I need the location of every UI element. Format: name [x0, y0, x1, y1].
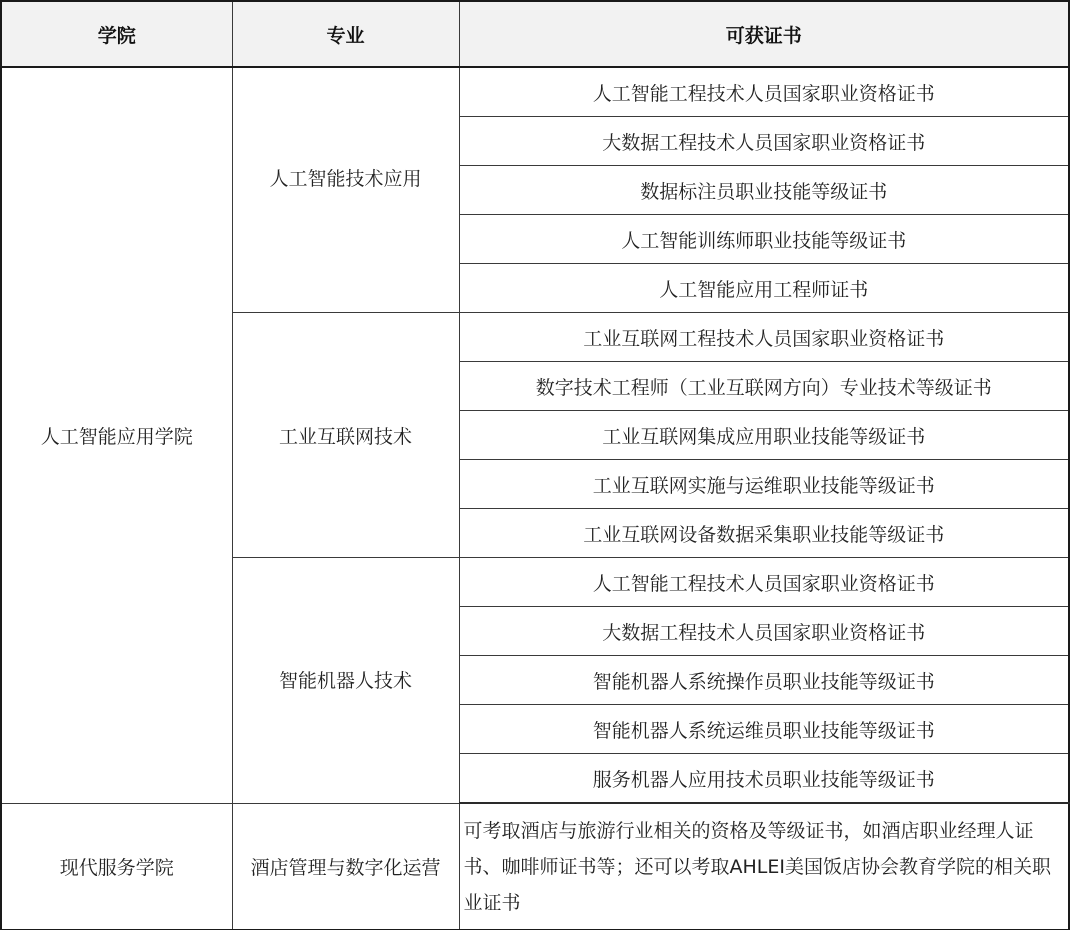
certificate-cell: 数字技术工程师（工业互联网方向）专业技术等级证书	[459, 362, 1069, 411]
major-cell: 工业互联网技术	[232, 313, 459, 558]
major-cell: 酒店管理与数字化运营	[232, 803, 459, 930]
certificate-cell: 人工智能工程技术人员国家职业资格证书	[459, 67, 1069, 117]
certificate-cell: 大数据工程技术人员国家职业资格证书	[459, 117, 1069, 166]
table-row: 现代服务学院 酒店管理与数字化运营 可考取酒店与旅游行业相关的资格及等级证书，如…	[1, 803, 1069, 930]
header-major: 专业	[232, 1, 459, 67]
header-college: 学院	[1, 1, 232, 67]
certificate-cell: 智能机器人系统操作员职业技能等级证书	[459, 656, 1069, 705]
certificate-cell: 智能机器人系统运维员职业技能等级证书	[459, 705, 1069, 754]
certificate-table: 学院 专业 可获证书 人工智能应用学院 人工智能技术应用 人工智能工程技术人员国…	[0, 0, 1070, 930]
certificate-cell: 工业互联网集成应用职业技能等级证书	[459, 411, 1069, 460]
college-cell: 现代服务学院	[1, 803, 232, 930]
major-cell: 人工智能技术应用	[232, 67, 459, 313]
certificate-cell: 大数据工程技术人员国家职业资格证书	[459, 607, 1069, 656]
certificate-description-cell: 可考取酒店与旅游行业相关的资格及等级证书，如酒店职业经理人证书、咖啡师证书等；还…	[459, 803, 1069, 930]
table-row: 人工智能应用学院 人工智能技术应用 人工智能工程技术人员国家职业资格证书	[1, 67, 1069, 117]
college-cell: 人工智能应用学院	[1, 67, 232, 803]
header-row: 学院 专业 可获证书	[1, 1, 1069, 67]
certificate-cell: 工业互联网实施与运维职业技能等级证书	[459, 460, 1069, 509]
certificate-cell: 数据标注员职业技能等级证书	[459, 166, 1069, 215]
header-certificates: 可获证书	[459, 1, 1069, 67]
certificate-cell: 人工智能工程技术人员国家职业资格证书	[459, 558, 1069, 607]
certificate-cell: 人工智能训练师职业技能等级证书	[459, 215, 1069, 264]
certificate-cell: 服务机器人应用技术员职业技能等级证书	[459, 754, 1069, 804]
major-cell: 智能机器人技术	[232, 558, 459, 804]
certificate-cell: 工业互联网设备数据采集职业技能等级证书	[459, 509, 1069, 558]
certificate-cell: 工业互联网工程技术人员国家职业资格证书	[459, 313, 1069, 362]
certificate-cell: 人工智能应用工程师证书	[459, 264, 1069, 313]
